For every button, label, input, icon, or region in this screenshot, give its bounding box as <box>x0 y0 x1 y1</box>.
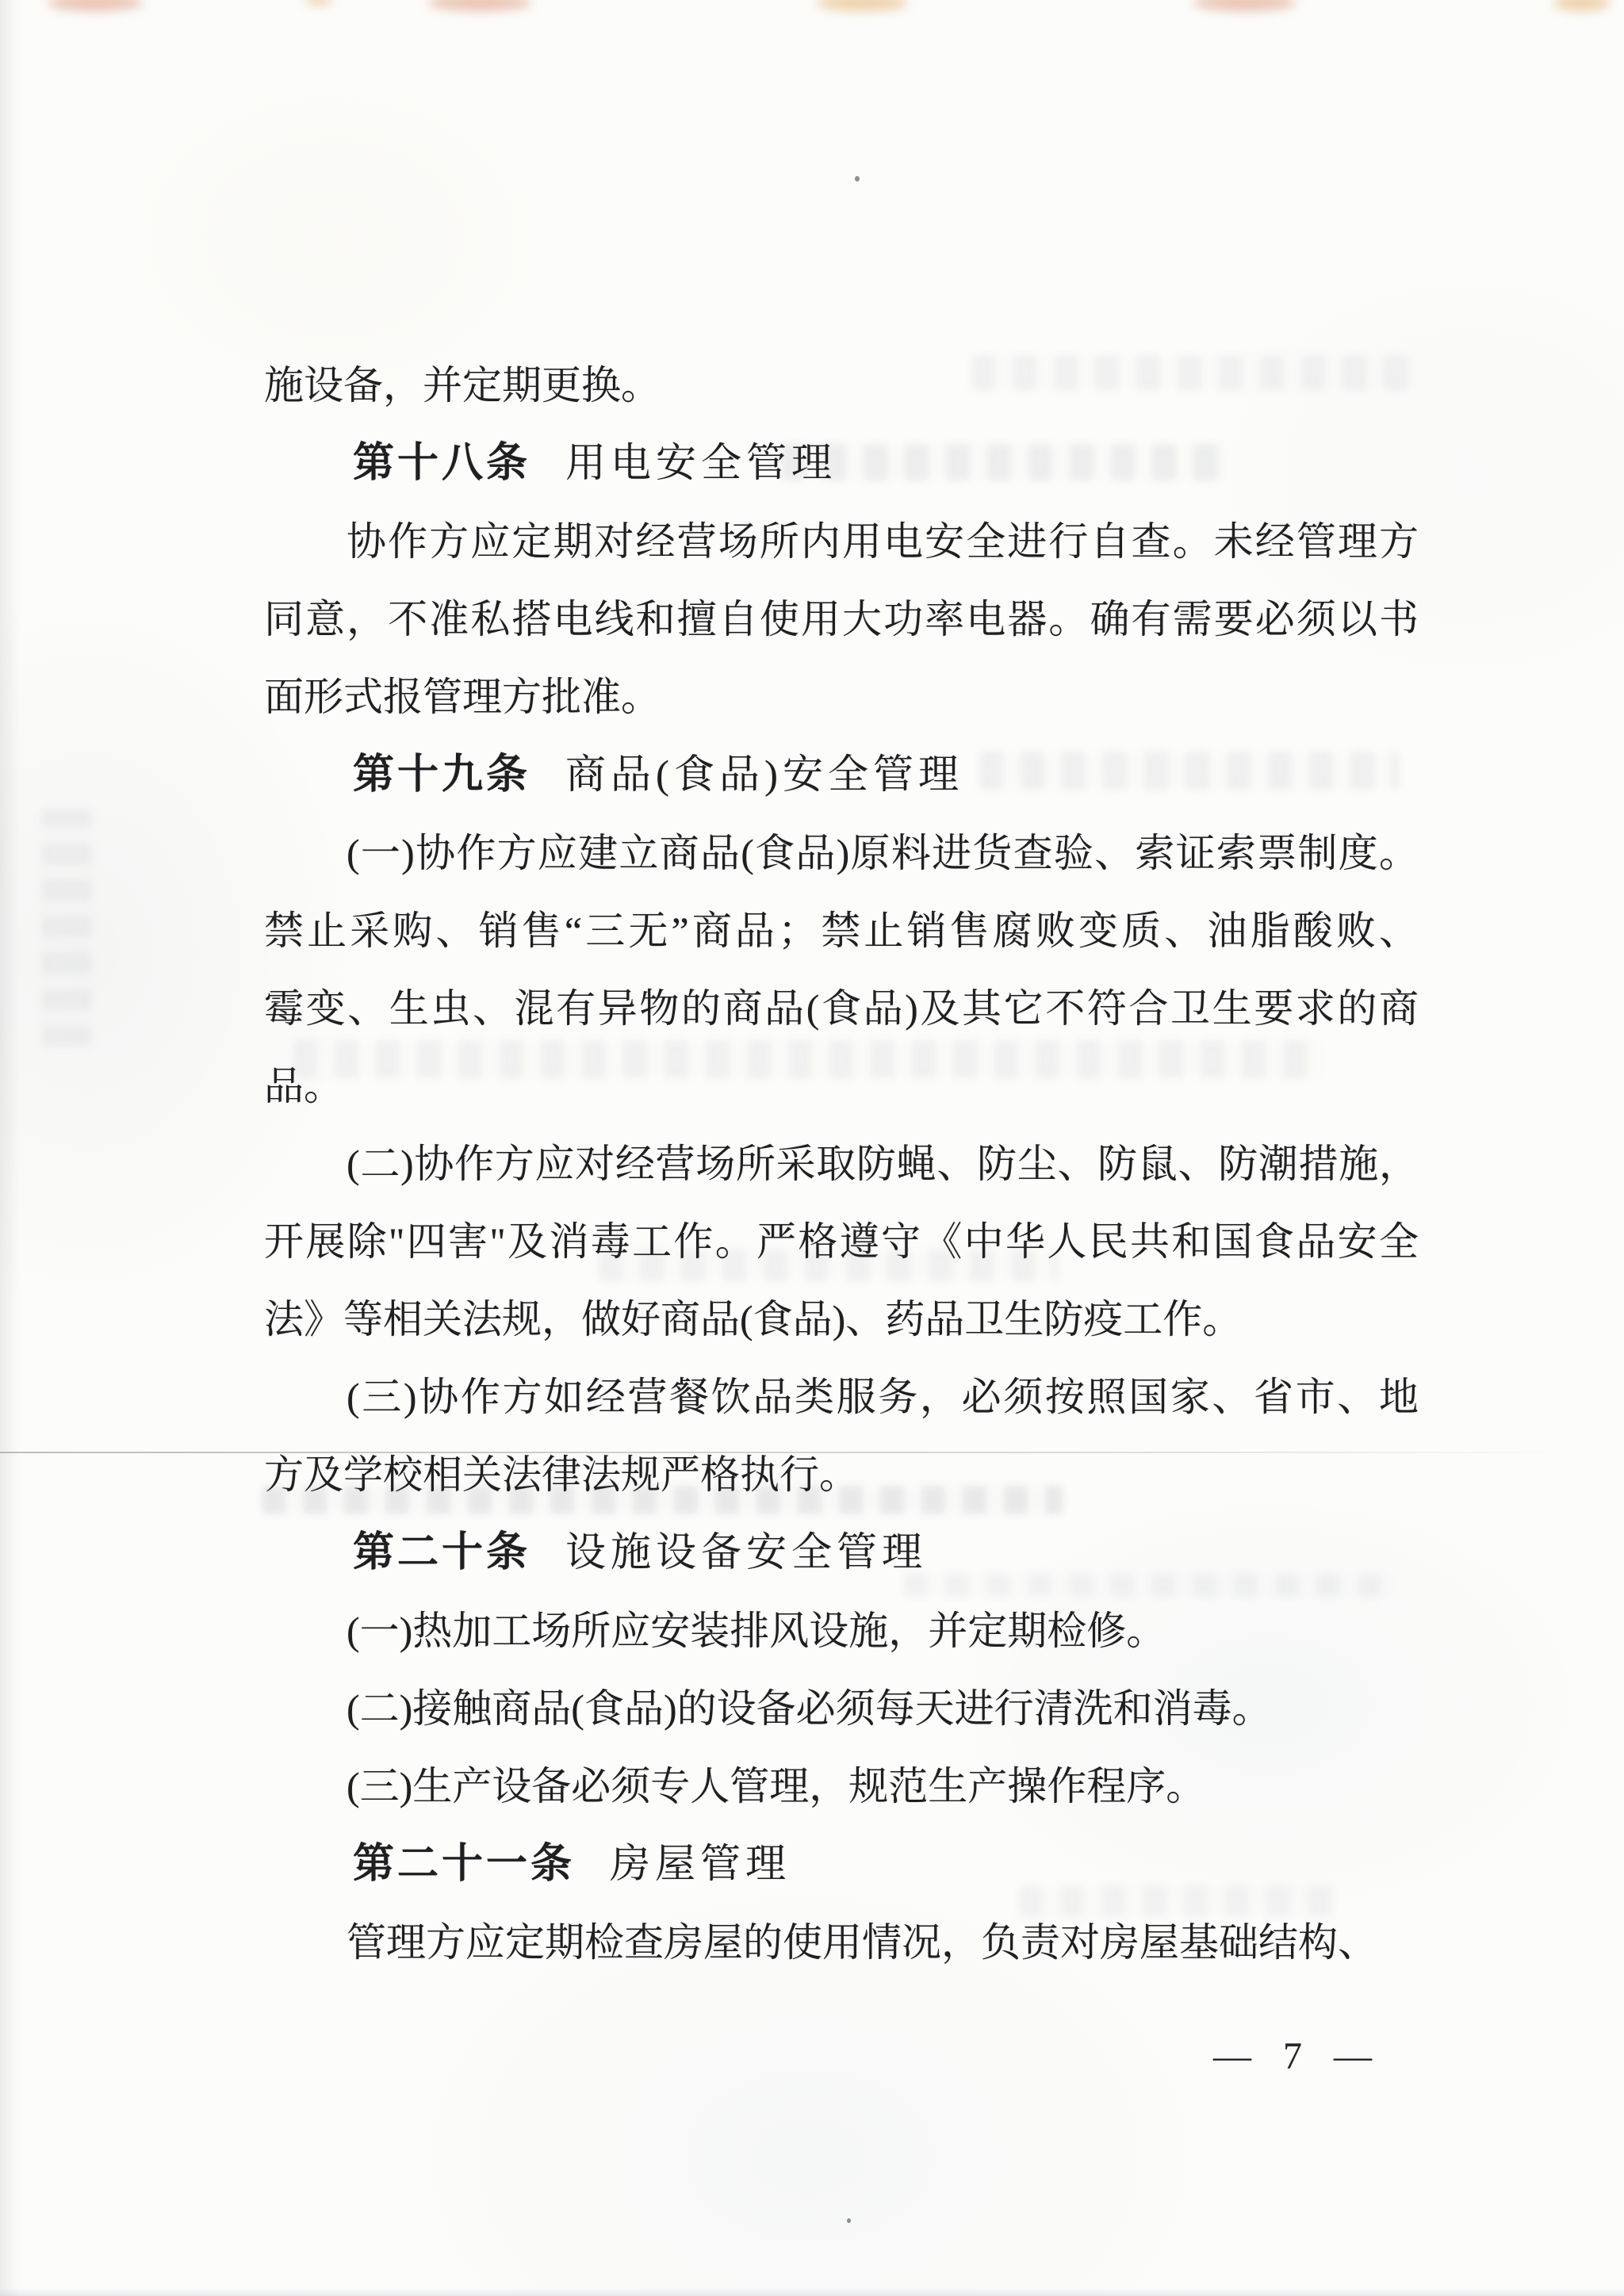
article-heading: 第二十一条房屋管理 <box>264 1825 1419 1904</box>
text-line: (一)协作方应建立商品(食品)原料进货查验、索证索票制度。 <box>264 814 1419 892</box>
text-line: 霉变、生虫、混有异物的商品(食品)及其它不符合卫生要求的商 <box>264 970 1419 1047</box>
text-line: (二)接触商品(食品)的设备必须每天进行清洗和消毒。 <box>264 1670 1419 1747</box>
article-title: 商品(食品)安全管理 <box>565 753 963 798</box>
document-body: 施设备，并定期更换。 第十八条用电安全管理 协作方应定期对经营场所内用电安全进行… <box>264 346 1419 1981</box>
document-page: 施设备，并定期更换。 第十八条用电安全管理 协作方应定期对经营场所内用电安全进行… <box>0 0 1624 2296</box>
text-line: 开展除"四害"及消毒工作。严格遵守《中华人民共和国食品安全 <box>264 1203 1419 1280</box>
text-line: 协作方应定期对经营场所内用电安全进行自查。未经管理方 <box>264 503 1419 580</box>
scan-smudge <box>1554 0 1610 11</box>
article-title: 房屋管理 <box>610 1843 791 1887</box>
text-line: (三)协作方如经营餐饮品类服务，必须按照国家、省市、地 <box>264 1358 1419 1436</box>
article-title: 用电安全管理 <box>565 442 837 486</box>
article-number: 第十八条 <box>353 440 530 486</box>
text-line: 品。 <box>264 1047 1419 1125</box>
article-title: 设施设备安全管理 <box>565 1531 927 1575</box>
text-line: (二)协作方应对经营场所采取防蝇、防尘、防鼠、防潮措施， <box>264 1125 1419 1203</box>
article-heading: 第十八条用电安全管理 <box>264 424 1419 503</box>
page-number: — 7 — <box>1213 2034 1377 2078</box>
scan-smudge <box>428 0 531 11</box>
article-number: 第二十一条 <box>353 1841 575 1887</box>
text-line: 法》等相关法规，做好商品(食品)、药品卫生防疫工作。 <box>264 1280 1419 1358</box>
text-line: 面形式报管理方批准。 <box>264 658 1419 736</box>
scan-smudge <box>1193 0 1297 11</box>
article-heading: 第二十条设施设备安全管理 <box>264 1513 1419 1592</box>
scan-smudge <box>817 0 908 11</box>
ink-speck <box>855 176 860 182</box>
scan-smudge <box>305 0 332 5</box>
article-number: 第十九条 <box>353 752 530 798</box>
page-bottom-edge-shadow <box>0 2288 1624 2296</box>
article-number: 第二十条 <box>353 1529 530 1575</box>
text-line: 同意，不准私搭电线和擅自使用大功率电器。确有需要必须以书 <box>264 580 1419 658</box>
bleedthrough-artifact <box>41 809 92 1047</box>
text-line: 管理方应定期检查房屋的使用情况，负责对房屋基础结构、 <box>264 1904 1419 1981</box>
page-left-edge-shadow <box>0 0 21 2296</box>
article-heading: 第十九条商品(食品)安全管理 <box>264 736 1419 814</box>
text-line: (三)生产设备必须专人管理，规范生产操作程序。 <box>264 1747 1419 1825</box>
text-line: 禁止采购、销售“三无”商品；禁止销售腐败变质、油脂酸败、 <box>264 892 1419 970</box>
text-line: (一)热加工场所应安装排风设施，并定期检修。 <box>264 1592 1419 1670</box>
text-line: 方及学校相关法律法规严格执行。 <box>264 1436 1419 1513</box>
ink-speck <box>847 2218 851 2223</box>
scan-smudge <box>48 0 143 11</box>
text-line: 施设备，并定期更换。 <box>264 346 1419 424</box>
